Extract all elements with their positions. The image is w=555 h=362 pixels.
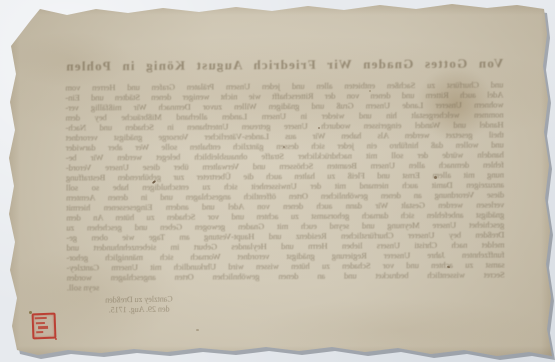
foxing-speck xyxy=(283,146,285,148)
photo-background: Von Gottes Gnaden Wir Friedrich August K… xyxy=(0,0,555,362)
bleedthrough-body-lines: und Churfürst zu Sachßen entbieten allen… xyxy=(65,79,504,282)
document-paper: Von Gottes Gnaden Wir Friedrich August K… xyxy=(0,0,555,362)
bleedthrough-headline: Von Gottes Gnaden Wir Friedrich August K… xyxy=(65,54,503,75)
stamp-glyph xyxy=(35,317,47,319)
stamp-glyph xyxy=(36,331,43,333)
stamp-glyph xyxy=(38,326,48,329)
red-collector-stamp xyxy=(32,313,57,340)
foxing-speck xyxy=(29,311,32,314)
stamp-glyph xyxy=(36,322,45,324)
stamp-ink-speck xyxy=(55,338,57,340)
foxing-speck xyxy=(434,176,437,179)
imprint-line-2: den 29. Aug. 1715. xyxy=(84,304,194,315)
foxing-speck xyxy=(196,329,199,331)
foxing-speck xyxy=(369,90,371,92)
bleedthrough-text-block: Von Gottes Gnaden Wir Friedrich August K… xyxy=(65,54,505,292)
bleedthrough-imprint: Cantzley zu Dreßden den 29. Aug. 1715. xyxy=(84,294,194,315)
foxing-speck xyxy=(318,127,320,129)
